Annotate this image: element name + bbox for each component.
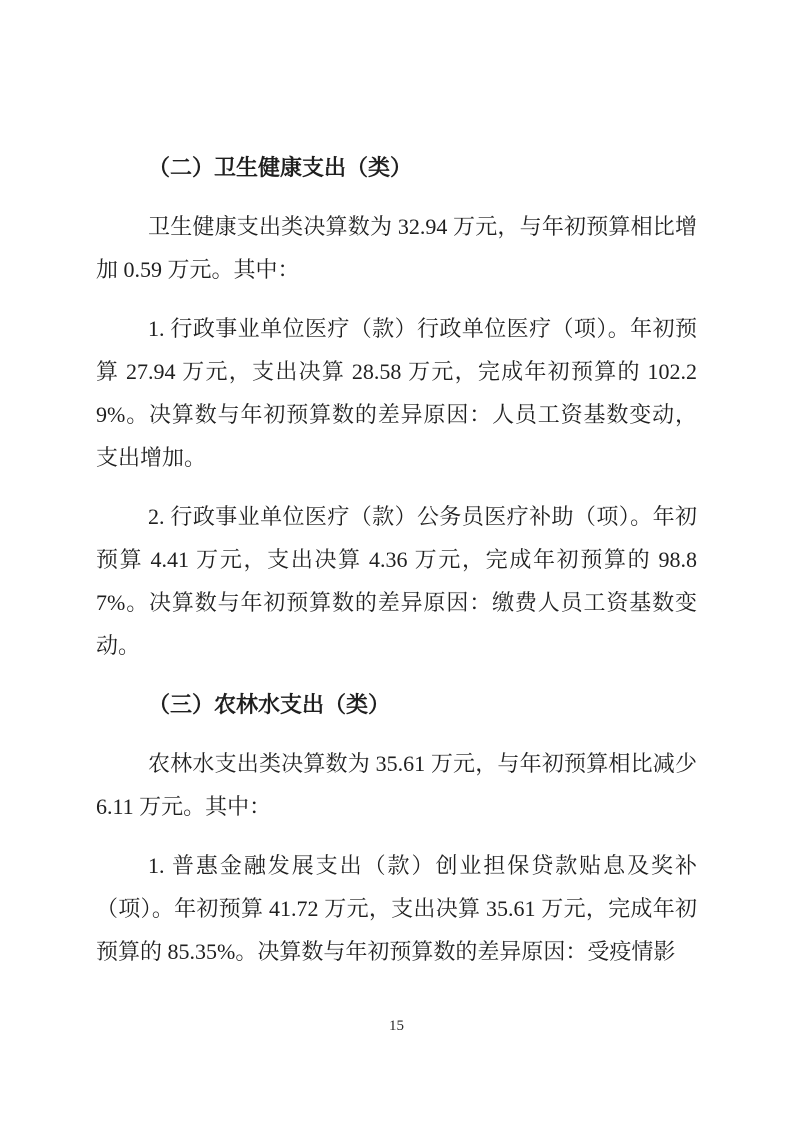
section-heading-health-expenditure: （二）卫生健康支出（类） — [96, 146, 697, 189]
document-page: （二）卫生健康支出（类） 卫生健康支出类决算数为 32.94 万元，与年初预算相… — [0, 0, 793, 1122]
page-number: 15 — [0, 1016, 793, 1036]
document-content: （二）卫生健康支出（类） 卫生健康支出类决算数为 32.94 万元，与年初预算相… — [96, 146, 697, 989]
section-item-admin-unit-medical: 1. 行政事业单位医疗（款）行政单位医疗（项）。年初预算 27.94 万元，支出… — [96, 307, 697, 479]
section-item-inclusive-finance: 1. 普惠金融发展支出（款）创业担保贷款贴息及奖补（项）。年初预算 41.72 … — [96, 844, 697, 973]
section-item-civil-servant-medical-subsidy: 2. 行政事业单位医疗（款）公务员医疗补助（项）。年初预算 4.41 万元，支出… — [96, 495, 697, 667]
section-intro-agriculture-forestry-water: 农林水支出类决算数为 35.61 万元，与年初预算相比减少 6.11 万元。其中… — [96, 742, 697, 828]
section-heading-agriculture-forestry-water: （三）农林水支出（类） — [96, 683, 697, 726]
section-intro-health-expenditure: 卫生健康支出类决算数为 32.94 万元，与年初预算相比增加 0.59 万元。其… — [96, 205, 697, 291]
